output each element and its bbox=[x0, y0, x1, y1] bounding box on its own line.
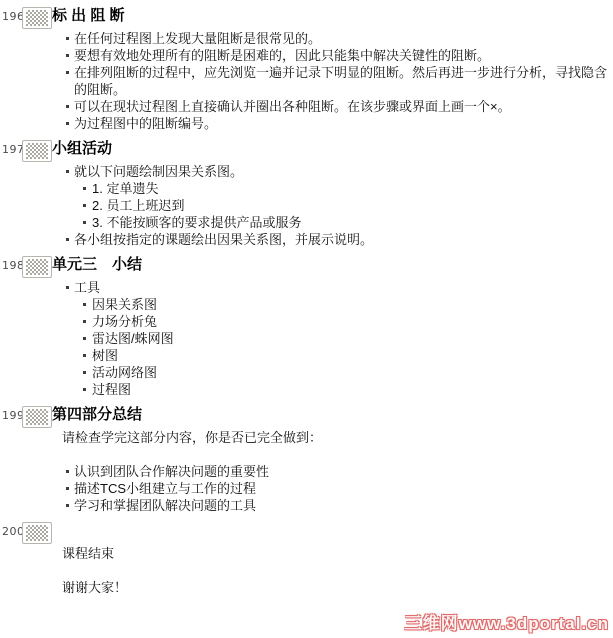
slide-thumbnail-icon[interactable] bbox=[22, 140, 52, 162]
bullet-dot-icon bbox=[83, 303, 86, 306]
thumbnail-pattern bbox=[26, 525, 48, 541]
slide-section: 197 小组活动 就以下问题绘制因果关系图。1. 定单遗失2. 员工上班迟到3.… bbox=[0, 139, 613, 248]
thumbnail-pattern bbox=[26, 259, 48, 275]
outline-item: 要想有效地处理所有的阻断是困难的，因此只能集中解决关键性的阻断。 bbox=[74, 47, 609, 64]
slide-content: 小组活动 就以下问题绘制因果关系图。1. 定单遗失2. 员工上班迟到3. 不能按… bbox=[52, 139, 613, 248]
outline-item: 工具 bbox=[74, 279, 609, 296]
bullet-dot-icon bbox=[83, 371, 86, 374]
outline-item: 活动网络图 bbox=[92, 364, 609, 381]
bullet-dot-icon bbox=[66, 105, 69, 108]
bullet-dot-icon bbox=[83, 204, 86, 207]
bullet-dot-icon bbox=[66, 170, 69, 173]
slide-content: 课程结束谢谢大家！ bbox=[52, 521, 613, 596]
outline-item: 力场分析兔 bbox=[92, 313, 609, 330]
blank-line bbox=[52, 562, 609, 579]
outline-item: 2. 员工上班迟到 bbox=[92, 197, 609, 214]
outline-item: 在任何过程图上发现大量阻断是很常见的。 bbox=[74, 30, 609, 47]
thumbnail-pattern bbox=[26, 409, 48, 425]
bullet-dot-icon bbox=[83, 320, 86, 323]
bullet-dot-icon bbox=[66, 37, 69, 40]
slide-number: 200 bbox=[0, 521, 20, 538]
slide-thumbnail-icon[interactable] bbox=[22, 406, 52, 428]
slide-section: 196 标 出 阻 断 在任何过程图上发现大量阻断是很常见的。要想有效地处理所有… bbox=[0, 6, 613, 132]
slide-number: 199 bbox=[0, 405, 20, 422]
slide-thumbnail-icon[interactable] bbox=[22, 256, 52, 278]
slide-gutter: 196 bbox=[0, 6, 52, 132]
section-body: 就以下问题绘制因果关系图。1. 定单遗失2. 员工上班迟到3. 不能按顾客的要求… bbox=[52, 163, 609, 248]
outline-item: 描述TCS小组建立与工作的过程 bbox=[74, 480, 609, 497]
slide-content: 单元三 小结 工具因果关系图力场分析兔雷达图/蛛网图树图活动网络图过程图 bbox=[52, 255, 613, 398]
bullet-dot-icon bbox=[66, 470, 69, 473]
bullet-dot-icon bbox=[66, 504, 69, 507]
outline-item: 因果关系图 bbox=[92, 296, 609, 313]
slide-content: 第四部分总结 请检查学完这部分内容，你是否已完全做到：认识到团队合作解决问题的重… bbox=[52, 405, 613, 514]
blank-line bbox=[52, 446, 609, 463]
slide-number: 198 bbox=[0, 255, 20, 272]
outline-item: 3. 不能按顾客的要求提供产品或服务 bbox=[92, 214, 609, 231]
outline-item: 课程结束 bbox=[62, 545, 609, 562]
bullet-dot-icon bbox=[83, 221, 86, 224]
slide-gutter: 197 bbox=[0, 139, 52, 248]
bullet-dot-icon bbox=[83, 388, 86, 391]
thumbnail-pattern bbox=[26, 143, 48, 159]
outline-item: 认识到团队合作解决问题的重要性 bbox=[74, 463, 609, 480]
slide-content: 标 出 阻 断 在任何过程图上发现大量阻断是很常见的。要想有效地处理所有的阻断是… bbox=[52, 6, 613, 132]
slide-title bbox=[52, 521, 609, 541]
outline-item: 1. 定单遗失 bbox=[92, 180, 609, 197]
outline-item: 就以下问题绘制因果关系图。 bbox=[74, 163, 609, 180]
bullet-dot-icon bbox=[66, 122, 69, 125]
bullet-dot-icon bbox=[66, 71, 69, 74]
slide-thumbnail-icon[interactable] bbox=[22, 522, 52, 544]
outline-item: 过程图 bbox=[92, 381, 609, 398]
bullet-dot-icon bbox=[66, 487, 69, 490]
slide-title: 单元三 小结 bbox=[52, 255, 609, 275]
bullet-dot-icon bbox=[66, 54, 69, 57]
slide-section: 198 单元三 小结 工具因果关系图力场分析兔雷达图/蛛网图树图活动网络图过程图 bbox=[0, 255, 613, 398]
slide-gutter: 200 bbox=[0, 521, 52, 596]
outline-item: 树图 bbox=[92, 347, 609, 364]
section-body: 在任何过程图上发现大量阻断是很常见的。要想有效地处理所有的阻断是困难的，因此只能… bbox=[52, 30, 609, 132]
outline-item: 雷达图/蛛网图 bbox=[92, 330, 609, 347]
section-body: 工具因果关系图力场分析兔雷达图/蛛网图树图活动网络图过程图 bbox=[52, 279, 609, 398]
bullet-dot-icon bbox=[83, 187, 86, 190]
slide-number: 197 bbox=[0, 139, 20, 156]
outline-document: 196 标 出 阻 断 在任何过程图上发现大量阻断是很常见的。要想有效地处理所有… bbox=[0, 0, 613, 638]
outline-item: 学习和掌握团队解决问题的工具 bbox=[74, 497, 609, 514]
thumbnail-pattern bbox=[26, 10, 48, 26]
slide-title: 小组活动 bbox=[52, 139, 609, 159]
bullet-dot-icon bbox=[66, 238, 69, 241]
sections-container: 196 标 出 阻 断 在任何过程图上发现大量阻断是很常见的。要想有效地处理所有… bbox=[0, 6, 613, 596]
slide-gutter: 199 bbox=[0, 405, 52, 514]
slide-title: 标 出 阻 断 bbox=[52, 6, 609, 26]
slide-gutter: 198 bbox=[0, 255, 52, 398]
slide-thumbnail-icon[interactable] bbox=[22, 7, 52, 29]
bullet-dot-icon bbox=[83, 337, 86, 340]
section-body: 课程结束谢谢大家！ bbox=[52, 545, 609, 596]
outline-item: 请检查学完这部分内容，你是否已完全做到： bbox=[62, 429, 609, 446]
outline-item: 谢谢大家！ bbox=[62, 579, 609, 596]
outline-item: 各小组按指定的课题绘出因果关系图，并展示说明。 bbox=[74, 231, 609, 248]
slide-section: 200 课程结束谢谢大家！ bbox=[0, 521, 613, 596]
slide-section: 199 第四部分总结 请检查学完这部分内容，你是否已完全做到：认识到团队合作解决… bbox=[0, 405, 613, 514]
outline-item: 在排列阻断的过程中，应先浏览一遍并记录下明显的阻断。然后再进一步进行分析，寻找隐… bbox=[74, 64, 609, 98]
bullet-dot-icon bbox=[83, 354, 86, 357]
watermark: 三维网www.3dportal.cn bbox=[405, 609, 609, 634]
bullet-dot-icon bbox=[66, 286, 69, 289]
section-body: 请检查学完这部分内容，你是否已完全做到：认识到团队合作解决问题的重要性描述TCS… bbox=[52, 429, 609, 514]
outline-item: 为过程图中的阻断编号。 bbox=[74, 115, 609, 132]
slide-title: 第四部分总结 bbox=[52, 405, 609, 425]
slide-number: 196 bbox=[0, 6, 20, 23]
outline-item: 可以在现状过程图上直接确认并圈出各种阻断。在该步骤或界面上画一个×。 bbox=[74, 98, 609, 115]
